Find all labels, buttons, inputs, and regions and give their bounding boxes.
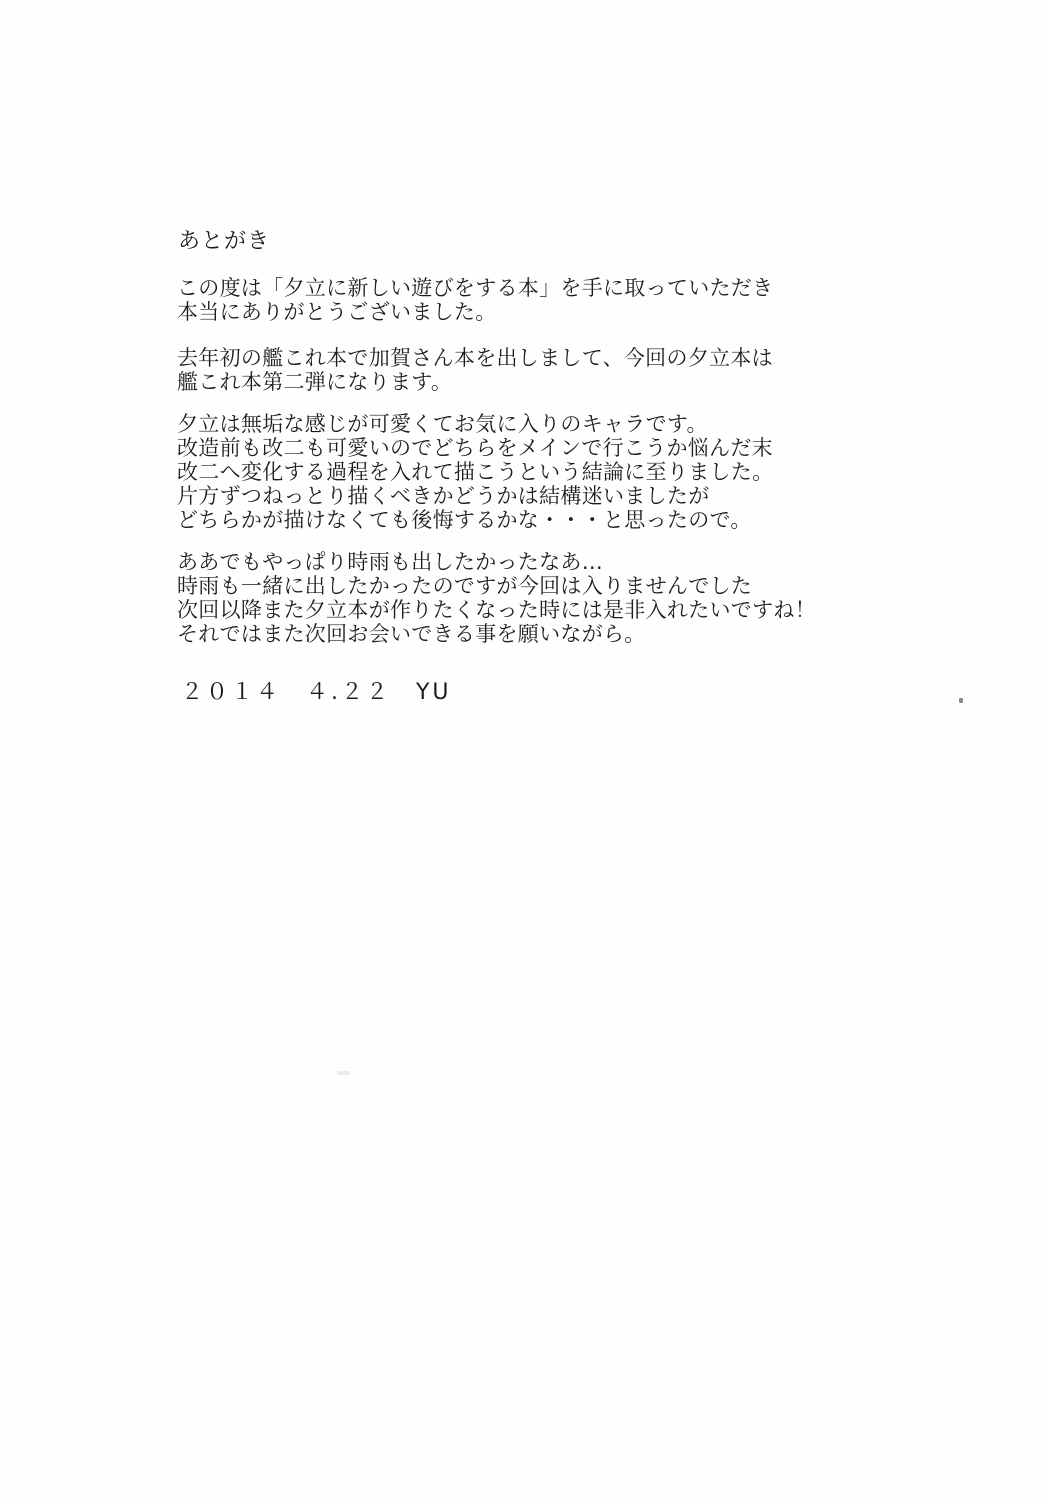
paragraph-thanks: この度は「夕立に新しい遊びをする本」を手に取っていただき 本当にありがとうござい… bbox=[177, 276, 773, 324]
text-line: 艦これ本第二弾になります。 bbox=[177, 370, 773, 394]
afterword-page: あとがき この度は「夕立に新しい遊びをする本」を手に取っていただき 本当にありが… bbox=[0, 0, 1045, 1500]
paragraph-second-book: 去年初の艦これ本で加賀さん本を出しまして、今回の夕立本は 艦これ本第二弾になりま… bbox=[177, 346, 773, 394]
text-line: それではまた次回お会いできる事を願いながら。 bbox=[177, 622, 816, 646]
paragraph-character-notes: 夕立は無垢な感じが可愛くてお気に入りのキャラです。 改造前も改二も可愛いのでどち… bbox=[177, 412, 773, 532]
text-line: この度は「夕立に新しい遊びをする本」を手に取っていただき bbox=[177, 276, 773, 300]
text-line: どちらかが描けなくても後悔するかな・・・と思ったので。 bbox=[177, 508, 773, 532]
text-line: 片方ずつねっとり描くべきかどうかは結構迷いましたが bbox=[177, 484, 773, 508]
text-line: 改二へ変化する過程を入れて描こうという結論に至りました。 bbox=[177, 460, 773, 484]
page-title: あとがき bbox=[178, 230, 270, 254]
paragraph-closing: ああでもやっぱり時雨も出したかったなあ… 時雨も一緒に出したかったのですが今回は… bbox=[177, 550, 816, 646]
text-line: 去年初の艦これ本で加賀さん本を出しまして、今回の夕立本は bbox=[177, 346, 773, 370]
scan-artifact-smudge bbox=[337, 1071, 350, 1075]
scan-artifact-dot bbox=[959, 698, 963, 703]
text-line: 本当にありがとうございました。 bbox=[177, 300, 773, 324]
text-line: ああでもやっぱり時雨も出したかったなあ… bbox=[177, 550, 816, 574]
text-line: 時雨も一緒に出したかったのですが今回は入りませんでした bbox=[177, 574, 816, 598]
text-line: 次回以降また夕立本が作りたくなった時には是非入れたいですね！ bbox=[177, 598, 816, 622]
text-line: 夕立は無垢な感じが可愛くてお気に入りのキャラです。 bbox=[177, 412, 773, 436]
date-signature: ２０１４ ４.２２ YU bbox=[181, 681, 452, 705]
text-line: 改造前も改二も可愛いのでどちらをメインで行こうか悩んだ末 bbox=[177, 436, 773, 460]
